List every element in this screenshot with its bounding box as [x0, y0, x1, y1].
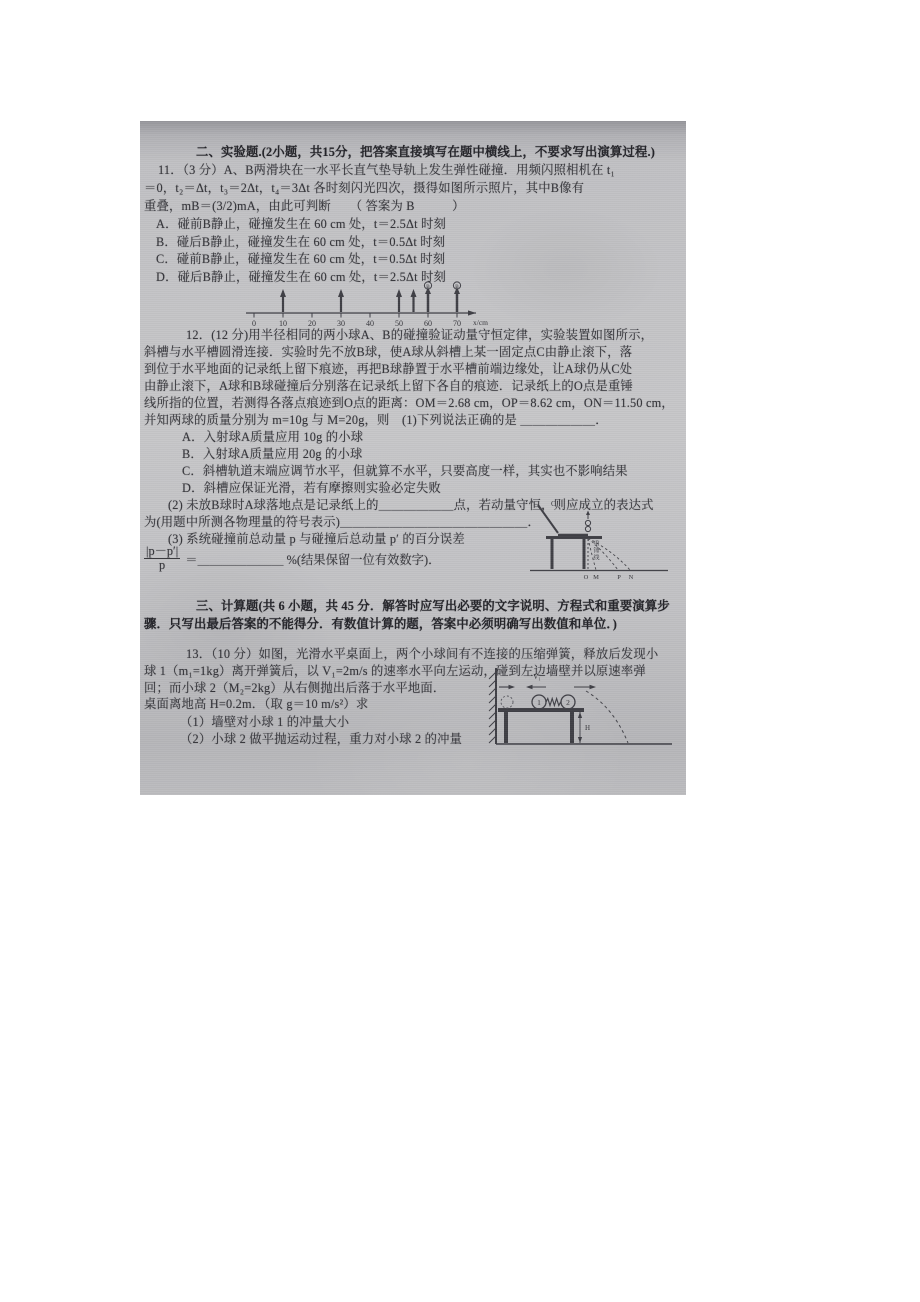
ruler-axis: [246, 310, 476, 315]
section-3-header-line-1: 三、计算题(共 6 小题，共 45 分．解答时应写出必要的文字说明、方程式和重要…: [196, 599, 670, 613]
q12-option-a: A．入射球A质量应用 10g 的小球: [182, 430, 363, 444]
tick-label-0: 0: [252, 319, 256, 327]
landing-point-labels: O M P N: [584, 574, 634, 581]
balls-at-launch: [585, 511, 590, 532]
ball1-rebound-ghost: [501, 696, 513, 708]
q12-text-line-1: 12．(12 分)用半径相同的两小球A、B的碰撞验证动量守恒定律，实验装置如图所…: [186, 328, 653, 342]
q13-text-line-3: 回；而小球 2（M₂=2kg）从右侧抛出后落于水平地面．: [144, 681, 445, 695]
page: { "doc": { "section2_header": "二、实验题.(2小…: [0, 0, 920, 1302]
fraction-denominator: p: [159, 559, 165, 572]
tick-label-60: 60: [424, 319, 432, 327]
point-c-label: C: [551, 500, 556, 508]
projectile-trajectory: [586, 691, 628, 743]
q13-text-line-4: 桌面离地高 H=0.2m．（取 g＝10 m/s²）求: [144, 697, 368, 711]
ruler-diagram-svg: 0 10 20 30 40 50 60 70 x/cm: [240, 281, 490, 327]
q11-option-a: A．碰前B静止，碰撞发生在 60 cm 处，t＝2.5Δt 时刻: [156, 217, 446, 231]
plumb-line-label: 重锤线: [591, 540, 598, 561]
q12-text-line-6: 并知两球的质量分别为 m=10g 与 M=20g，则 (1)下列说法正确的是 ＿…: [144, 413, 608, 427]
v2-arrow: [574, 685, 596, 689]
table: [498, 710, 584, 743]
q12-option-b: B．入射球A质量应用 20g 的小球: [182, 447, 363, 461]
apparatus-svg: C O M P N: [518, 495, 678, 590]
q12-apparatus-diagram: C O M P N 重锤线: [518, 495, 678, 590]
axis-arrowhead: [468, 310, 476, 315]
q12-text-line-5: 线所指的位置，若测得各落点痕迹到O点的距离：OM＝2.68 cm，OP＝8.62…: [144, 396, 674, 410]
ruler-tick-labels: 0 10 20 30 40 50 60 70: [252, 319, 461, 327]
inclined-chute: [538, 505, 588, 535]
q13-part-2: （2）小球 2 做平抛运动过程，重力对小球 2 的冲量: [180, 732, 462, 746]
point-p-label: P: [617, 574, 621, 581]
formula-blank-and-unit: ＝＿＿＿＿＿＿＿ %(结果保留一位有效数字)．: [185, 550, 440, 568]
tick-label-10: 10: [279, 319, 287, 327]
q12-error-formula: |p－p′| p ＝＿＿＿＿＿＿＿ %(结果保留一位有效数字)．: [144, 545, 440, 572]
q11-option-b: B．碰后B静止，碰撞发生在 60 cm 处，t＝0.5Δt 时刻: [156, 235, 445, 249]
q12-option-d: D．斜槽应保证光滑，若有摩擦则实验必定失败: [182, 481, 441, 495]
scanned-exam-page: 二、实验题.(2小题，共15分，把答案直接填写在题中横线上，不要求写出演算过程.…: [140, 121, 686, 795]
q12-option-c: C．斜槽轨道末端应调节水平，但就算不水平，只要高度一样，其实也不影响结果: [182, 464, 628, 478]
b-image-label-1: B: [426, 284, 430, 290]
wall: [489, 668, 496, 744]
table-spring-svg: 1 2 V₁: [482, 664, 686, 762]
tick-label-30: 30: [337, 319, 345, 327]
ball-2: 2: [561, 695, 575, 709]
point-n-label: N: [629, 574, 634, 581]
q12-text-line-4: 由静止滚下，A球和B球碰撞后分别落在记录纸上留下各自的痕迹．记录纸上的O点是重锤: [144, 379, 633, 393]
height-marker: [578, 712, 582, 743]
v1-label: V₁: [533, 673, 541, 681]
q13-part-1: （1）墙壁对小球 1 的冲量大小: [180, 715, 349, 729]
point-m-label: M: [593, 574, 599, 581]
q12-text-line-2: 斜槽与水平槽圆滑连接．实验时先不放B球，使A球从斜槽上某一固定点C由静止滚下，落: [144, 345, 632, 359]
ball-2-number: 2: [566, 698, 570, 707]
spring: [546, 699, 561, 706]
q11-text-line-3: 重叠，mB＝(3/2)mA，由此可判断 （ 答案为 B ）: [144, 199, 465, 213]
b-image-label-2: B: [455, 284, 459, 290]
ball-1-number: 1: [537, 698, 541, 707]
q11-text-line-2: ＝0，t₂＝Δt，t₃＝2Δt，t₄＝3Δt 各时刻闪光四次，摄得如图所示照片，…: [144, 181, 584, 195]
fraction: |p－p′| p: [144, 545, 180, 572]
q11-text-line-1: 11．（3 分）A、B两滑块在一水平长直气垫导轨上发生弹性碰撞．用频闪照相机在 …: [158, 163, 615, 177]
point-o-label: O: [584, 574, 589, 581]
v1-arrow: [526, 685, 546, 689]
tick-label-20: 20: [308, 319, 316, 327]
fraction-numerator: |p－p′|: [144, 545, 180, 559]
q13-text-line-1: 13．（10 分）如图，光滑水平桌面上，两个小球间有不连接的压缩弹簧，释放后发现…: [186, 647, 658, 661]
axis-unit-label: x/cm: [473, 318, 488, 327]
q13-apparatus-diagram: 1 2 V₁: [482, 664, 686, 762]
q12-part2-line-2: 为(用题中所测各物理量的符号表示)＿＿＿＿＿＿＿＿＿＿＿＿＿＿＿．: [144, 515, 540, 529]
section-3-header-line-2: 骤．只写出最后答案的不能得分．有数值计算的题，答案中必须明确写出数值和单位．): [144, 617, 617, 631]
q12-part3-line: (3) 系统碰撞前总动量 p 与碰撞后总动量 p′ 的百分误差: [168, 532, 465, 546]
q11-flash-photo-diagram: 0 10 20 30 40 50 60 70 x/cm: [240, 281, 490, 327]
ball-1: 1: [532, 695, 546, 709]
tick-label-70: 70: [453, 319, 461, 327]
tick-label-40: 40: [366, 319, 374, 327]
q11-option-c: C．碰前B静止，碰撞发生在 60 cm 处，t＝0.5Δt 时刻: [156, 252, 445, 266]
slider-a-images: [280, 289, 417, 312]
rebound-arrow: [499, 685, 515, 689]
ruler-ticks: [254, 313, 457, 318]
height-label: H: [585, 724, 590, 732]
section-2-header: 二、实验题.(2小题，共15分，把答案直接填写在题中横线上，不要求写出演算过程.…: [196, 145, 655, 159]
q12-text-line-3: 到位于水平地面的记录纸上留下痕迹，再把B球静置于水平槽前端边缘处，让A球仍从C处: [144, 362, 632, 376]
tick-label-50: 50: [395, 319, 403, 327]
